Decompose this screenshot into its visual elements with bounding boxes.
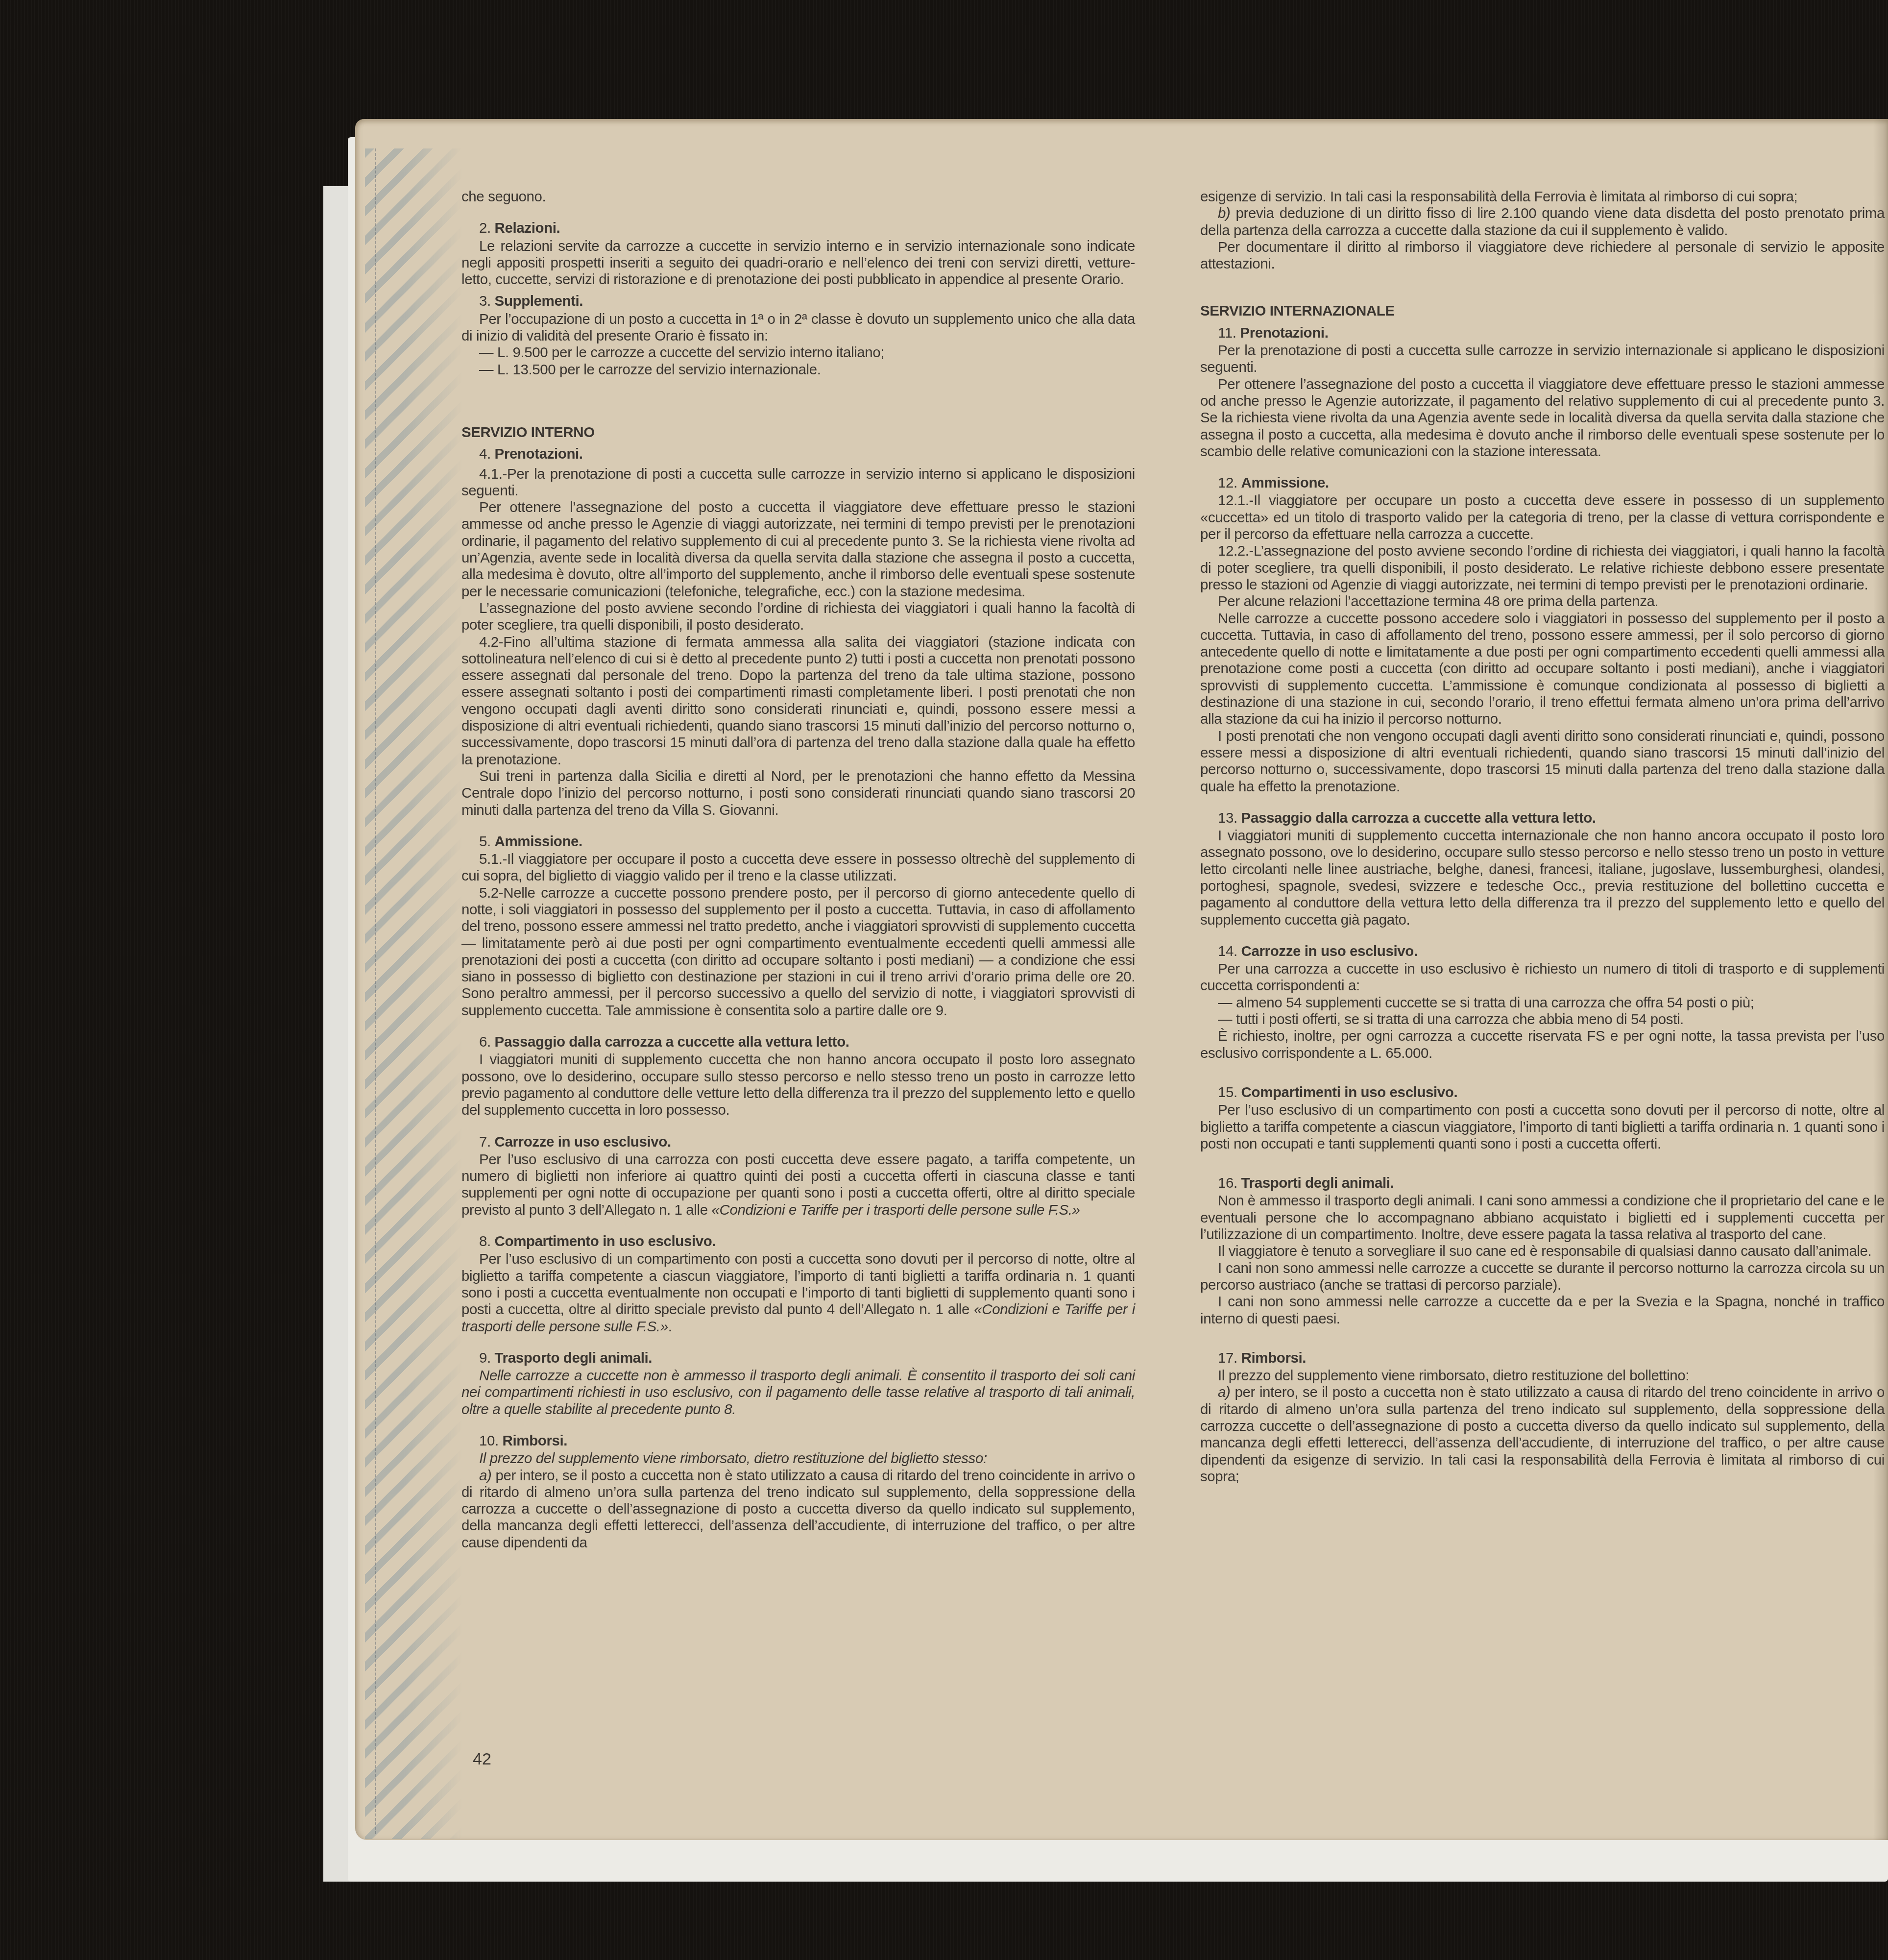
- section-5-heading: 5. Ammissione.: [461, 833, 1135, 850]
- section-2-body: Le relazioni servite da carrozze a cucce…: [461, 238, 1135, 289]
- section-9-heading: 9. Trasporto degli animali.: [461, 1350, 1135, 1367]
- section-3-body: Per l’occupazione di un posto a cuccetta…: [461, 311, 1135, 345]
- section-12-p1: 12.1.-Il viaggiatore per occupare un pos…: [1200, 492, 1885, 543]
- section-6-heading: 6. Passaggio dalla carrozza a cuccette a…: [461, 1034, 1135, 1051]
- section-14-item-2: — tutti i posti offerti, se si tratta di…: [1200, 1011, 1885, 1028]
- section-15-body: Per l’uso esclusivo di un compartimento …: [1200, 1102, 1885, 1152]
- document-page: che seguono. 2. Relazioni. Le relazioni …: [355, 119, 1888, 1840]
- section-12-p3: Per alcune relazioni l’accettazione term…: [1200, 593, 1885, 610]
- section-16-heading: 16. Trasporti degli animali.: [1200, 1175, 1885, 1192]
- section-10-intro: Il prezzo del supplemento viene rimborsa…: [461, 1450, 1135, 1467]
- section-3-heading: 3. Supplementi.: [461, 293, 1135, 310]
- section-2-heading: 2. Relazioni.: [461, 220, 1135, 237]
- section-12-p4: Nelle carrozze a cuccette possono accede…: [1200, 611, 1885, 728]
- section-4-p1: 4.1.-Per la prenotazione di posti a cucc…: [461, 466, 1135, 500]
- section-4-p4: 4.2-Fino all’ultima stazione di fermata …: [461, 634, 1135, 768]
- section-10-heading: 10. Rimborsi.: [461, 1433, 1135, 1449]
- section-4-p5: Sui treni in partenza dalla Sicilia e di…: [461, 768, 1135, 819]
- section-13-heading: 13. Passaggio dalla carrozza a cuccette …: [1200, 810, 1885, 827]
- margin-stripes-decoration: [365, 148, 463, 1839]
- heading-servizio-interno: SERVIZIO INTERNO: [461, 424, 1135, 441]
- heading-servizio-internazionale: SERVIZIO INTERNAZIONALE: [1200, 303, 1885, 319]
- section-4-heading: 4. Prenotazioni.: [461, 446, 1135, 463]
- refund-item-b: b) previa deduzione di un diritto fisso …: [1200, 205, 1885, 239]
- section-8-heading: 8. Compartimento in uso esclusivo.: [461, 1233, 1135, 1250]
- left-column: che seguono. 2. Relazioni. Le relazioni …: [461, 189, 1135, 1551]
- section-11-p2: Per ottenere l’assegnazione del posto a …: [1200, 376, 1885, 460]
- supplement-item-domestic: — L. 9.500 per le carrozze a cuccette de…: [461, 344, 1135, 361]
- section-15-heading: 15. Compartimenti in uso esclusivo.: [1200, 1084, 1885, 1101]
- section-7-body: Per l’uso esclusivo di una carrozza con …: [461, 1151, 1135, 1219]
- section-16-p2: Il viaggiatore è tenuto a sorvegliare il…: [1200, 1243, 1885, 1260]
- section-17-heading: 17. Rimborsi.: [1200, 1350, 1885, 1367]
- right-column: esigenze di servizio. In tali casi la re…: [1200, 189, 1885, 1485]
- binding-perforation-line: [375, 148, 378, 1834]
- section-13-body: I viaggiatori muniti di supplemento cucc…: [1200, 828, 1885, 929]
- section-17-intro: Il prezzo del supplemento viene rimborsa…: [1200, 1368, 1885, 1384]
- continuation-text: esigenze di servizio. In tali casi la re…: [1200, 189, 1885, 205]
- section-5-p1: 5.1.-Il viaggiatore per occupare il post…: [461, 851, 1135, 885]
- section-8-body: Per l’uso esclusivo di un compartimento …: [461, 1251, 1135, 1335]
- section-10-item-a: a) per intero, se il posto a cuccetta no…: [461, 1468, 1135, 1551]
- section-16-p4: I cani non sono ammessi nelle carrozze a…: [1200, 1294, 1885, 1327]
- section-11-heading: 11. Prenotazioni.: [1200, 325, 1885, 342]
- section-9-body: Nelle carrozze a cuccette non è ammesso …: [461, 1368, 1135, 1418]
- section-6-body: I viaggiatori muniti di supplemento cucc…: [461, 1052, 1135, 1119]
- section-17-item-a: a) per intero, se il posto a cuccetta no…: [1200, 1384, 1885, 1485]
- section-7-heading: 7. Carrozze in uso esclusivo.: [461, 1134, 1135, 1151]
- section-14-item-1: — almeno 54 supplementi cuccette se si t…: [1200, 995, 1885, 1011]
- supplement-item-international: — L. 13.500 per le carrozze del servizio…: [461, 362, 1135, 378]
- section-14-intro: Per una carrozza a cuccette in uso esclu…: [1200, 961, 1885, 995]
- section-14-tail: È richiesto, inoltre, per ogni carrozza …: [1200, 1028, 1885, 1062]
- section-11-p1: Per la prenotazione di posti a cuccetta …: [1200, 343, 1885, 376]
- section-4-p3: L’assegnazione del posto avviene secondo…: [461, 600, 1135, 634]
- section-16-p1: Non è ammesso il trasporto degli animali…: [1200, 1193, 1885, 1243]
- section-12-heading: 12. Ammissione.: [1200, 475, 1885, 491]
- refund-documentation-note: Per documentare il diritto al rimborso i…: [1200, 239, 1885, 273]
- page-number: 42: [473, 1750, 491, 1769]
- section-16-p3: I cani non sono ammessi nelle carrozze a…: [1200, 1260, 1885, 1294]
- section-12-p2: 12.2.-L’assegnazione del posto avviene s…: [1200, 543, 1885, 593]
- section-12-p5: I posti prenotati che non vengono occupa…: [1200, 728, 1885, 795]
- section-5-p2: 5.2-Nelle carrozze a cuccette possono pr…: [461, 885, 1135, 1019]
- section-14-heading: 14. Carrozze in uso esclusivo.: [1200, 943, 1885, 960]
- section-4-p2: Per ottenere l’assegnazione del posto a …: [461, 499, 1135, 600]
- continuation-text: che seguono.: [461, 189, 1135, 205]
